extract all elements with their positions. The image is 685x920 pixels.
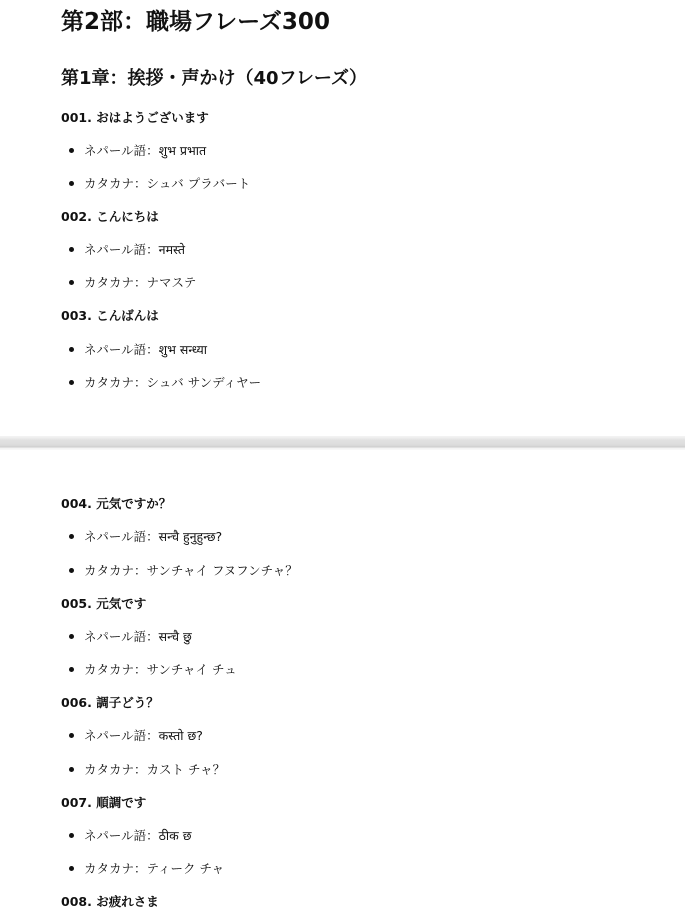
katakana-line: カタカナ：ナマステ (69, 274, 196, 292)
nepali-line: ネパール語：सन्चै छु (69, 628, 192, 646)
bullet-icon (69, 280, 74, 285)
phrase-heading: 004. 元気ですか？ (61, 495, 171, 513)
katakana-text: シュバ プラバート (147, 176, 251, 191)
nepali-label: ネパール語： (84, 629, 159, 644)
katakana-line: カタカナ：サンチャイ フヌフンチャ？ (69, 562, 298, 580)
phrase-heading: 006. 調子どう？ (61, 694, 159, 712)
katakana-label: カタカナ： (84, 861, 147, 876)
bullet-icon (69, 667, 74, 672)
nepali-label: ネパール語： (84, 342, 159, 357)
bullet-icon (69, 634, 74, 639)
katakana-label: カタカナ： (84, 176, 147, 191)
katakana-text: カスト チャ？ (147, 762, 226, 777)
nepali-line: ネパール語：कस्तो छ? (69, 727, 203, 745)
phrase-heading: 001. おはようございます (61, 109, 209, 127)
katakana-label: カタカナ： (84, 375, 147, 390)
nepali-line: ネパール語：सन्चै हुनुहुन्छ? (69, 528, 222, 546)
katakana-label: カタカナ： (84, 762, 147, 777)
nepali-line: ネパール語：शुभ सन्ध्या (69, 341, 207, 359)
katakana-line: カタカナ：シュバ プラバート (69, 175, 250, 193)
bullet-icon (69, 568, 74, 573)
bullet-icon (69, 181, 74, 186)
page-1: 第2部：職場フレーズ300 第1章：挨拶・声かけ（40フレーズ） 001. おは… (0, 0, 685, 436)
phrase-heading: 002. こんにちは (61, 208, 159, 226)
katakana-text: シュバ サンディヤー (147, 375, 262, 390)
nepali-text: ठीक छ (159, 828, 192, 843)
bullet-icon (69, 247, 74, 252)
katakana-text: ナマステ (147, 275, 197, 290)
phrase-heading: 003. こんばんは (61, 307, 159, 325)
phrase-heading: 005. 元気です (61, 595, 146, 613)
phrase-heading: 008. お疲れさま (61, 893, 159, 911)
bullet-icon (69, 148, 74, 153)
bullet-icon (69, 380, 74, 385)
bullet-icon (69, 733, 74, 738)
part-title: 第2部：職場フレーズ300 (61, 7, 330, 37)
chapter-title: 第1章：挨拶・声かけ（40フレーズ） (61, 66, 367, 92)
page-2: 004. 元気ですか？ ネパール語：सन्चै हुनुहुन्छ? カタカナ：… (0, 450, 685, 920)
nepali-text: सन्चै हुनुहुन्छ? (159, 529, 223, 544)
bullet-icon (69, 833, 74, 838)
nepali-text: नमस्ते (159, 242, 185, 257)
katakana-line: カタカナ：サンチャイ チュ (69, 661, 237, 679)
katakana-line: カタカナ：カスト チャ？ (69, 761, 225, 779)
nepali-text: सन्चै छु (159, 629, 192, 644)
katakana-label: カタカナ： (84, 563, 147, 578)
phrase-heading: 007. 順調です (61, 794, 146, 812)
katakana-text: ティーク チャ (147, 861, 225, 876)
nepali-label: ネパール語： (84, 143, 159, 158)
katakana-label: カタカナ： (84, 662, 147, 677)
nepali-text: शुभ सन्ध्या (159, 342, 207, 357)
katakana-line: カタカナ：ティーク チャ (69, 860, 224, 878)
nepali-line: ネパール語：शुभ प्रभात (69, 142, 206, 160)
katakana-label: カタカナ： (84, 275, 147, 290)
nepali-label: ネパール語： (84, 828, 159, 843)
katakana-text: サンチャイ フヌフンチャ？ (147, 563, 298, 578)
bullet-icon (69, 866, 74, 871)
page-break-separator (0, 436, 685, 450)
nepali-line: ネパール語：ठीक छ (69, 827, 191, 845)
katakana-line: カタカナ：シュバ サンディヤー (69, 374, 261, 392)
bullet-icon (69, 767, 74, 772)
nepali-label: ネパール語： (84, 728, 159, 743)
nepali-line: ネパール語：नमस्ते (69, 241, 185, 259)
bullet-icon (69, 534, 74, 539)
nepali-text: शुभ प्रभात (159, 143, 207, 158)
nepali-label: ネパール語： (84, 529, 159, 544)
nepali-label: ネパール語： (84, 242, 159, 257)
katakana-text: サンチャイ チュ (147, 662, 237, 677)
nepali-text: कस्तो छ? (159, 728, 203, 743)
bullet-icon (69, 347, 74, 352)
